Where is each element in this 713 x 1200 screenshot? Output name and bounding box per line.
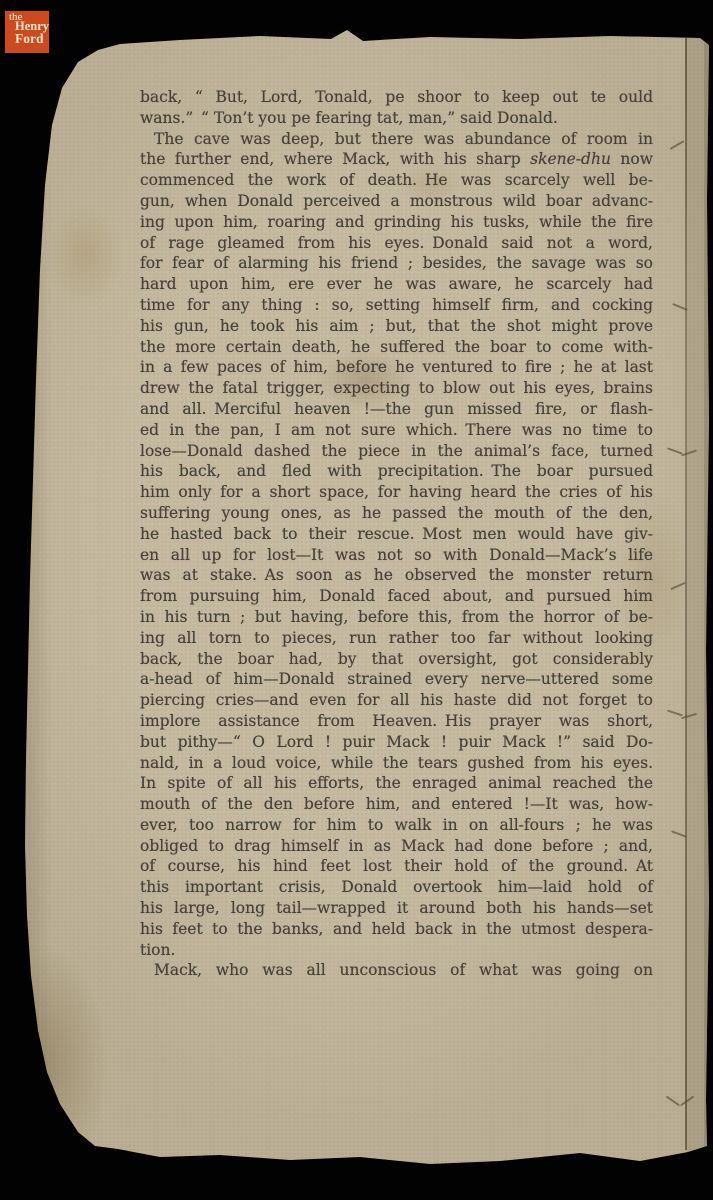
henry-ford-logo: the Henry Ford xyxy=(5,11,49,53)
book-page: back, “ But, Lord, Tonald, pe shoor to k… xyxy=(0,0,713,1200)
scan-viewport: back, “ But, Lord, Tonald, pe shoor to k… xyxy=(0,0,713,1200)
page-edge-shading xyxy=(0,0,713,1200)
logo-word-ford: Ford xyxy=(15,31,44,47)
